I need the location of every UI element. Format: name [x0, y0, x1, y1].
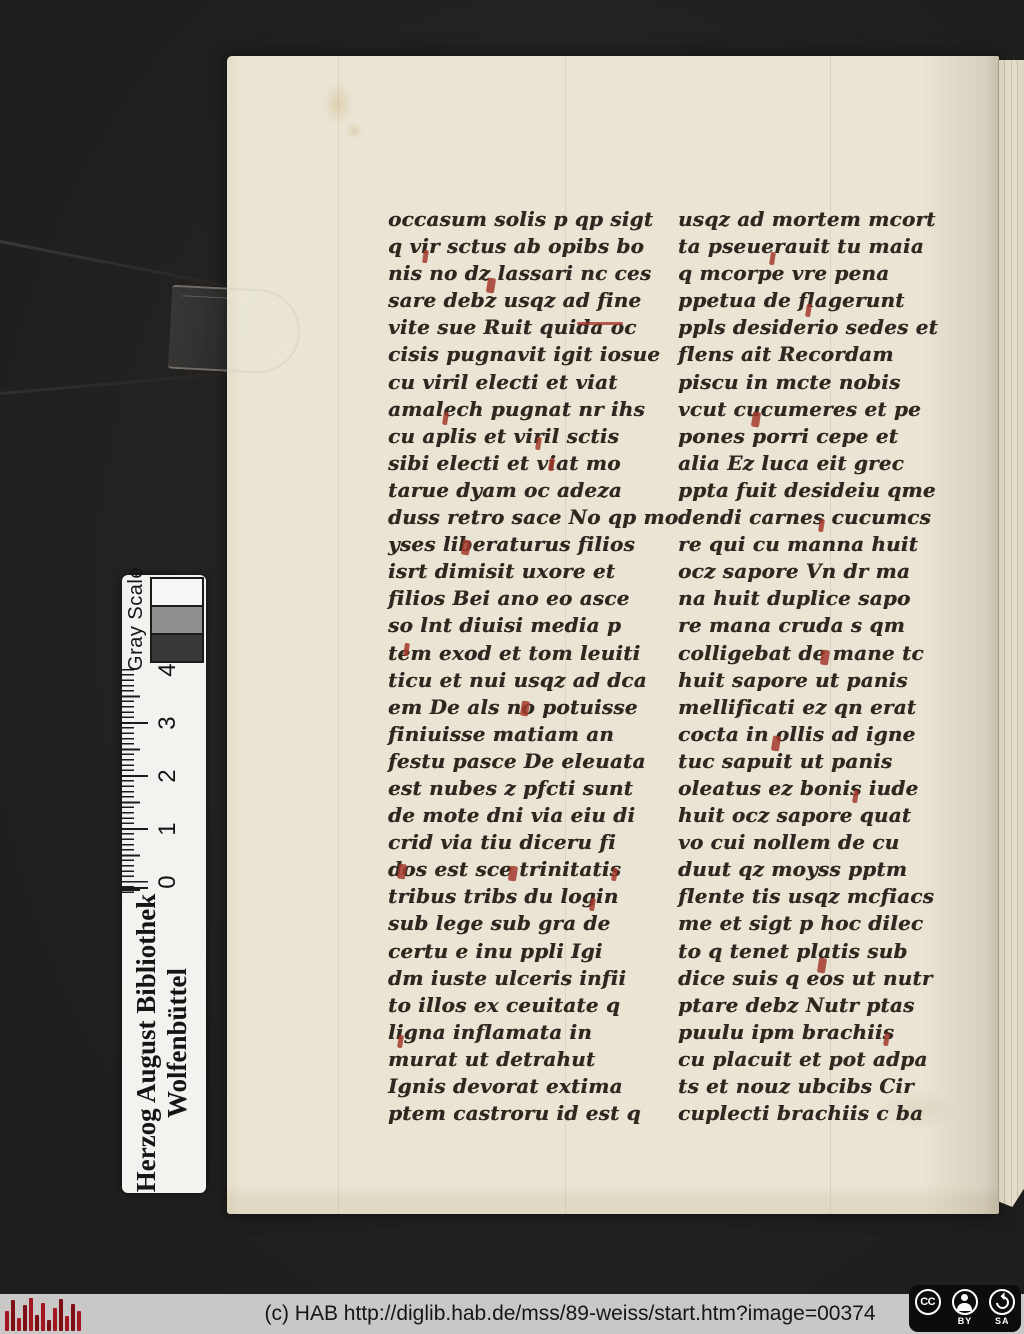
- cc-by-person-icon: [952, 1289, 978, 1315]
- ruler-number-0: 0: [154, 870, 182, 894]
- manuscript-text-line: cu aplis et viril sctis: [388, 423, 664, 450]
- manuscript-text-line: yses liberaturus filios: [388, 531, 664, 558]
- gray-scale-patch-gray: [152, 607, 202, 633]
- manuscript-text-line: certu e inu ppli Igi: [388, 938, 664, 965]
- color-scale-ruler: Herzog August Bibliothek Wolfenbüttel 0 …: [122, 575, 206, 1193]
- manuscript-text-line: ppta fuit desideiu qme: [678, 477, 954, 504]
- manuscript-text-line: re mana cruda s qm: [678, 612, 954, 639]
- manuscript-text-line: isrt dimisit uxore et: [388, 558, 664, 585]
- ruler-ticks-long: [122, 675, 148, 893]
- cc-by-label: BY: [958, 1316, 973, 1326]
- cc-logo-text: CC: [920, 1296, 935, 1308]
- manuscript-text-line: murat ut detrahut: [388, 1046, 664, 1073]
- manuscript-text-line: q vir sctus ab opibs bo: [388, 233, 664, 260]
- parchment-stain: [323, 82, 353, 126]
- manuscript-text-line: vcut cucumeres et pe: [678, 396, 954, 423]
- book-fore-edge: [998, 60, 1024, 1207]
- gray-scale-title: Gray Scale: [125, 567, 148, 671]
- ruler-number-3: 3: [154, 711, 182, 735]
- manuscript-text-line: cu placuit et pot adpa: [678, 1046, 954, 1073]
- manuscript-text-line: cocta in ollis ad igne: [678, 721, 954, 748]
- cc-by: BY: [949, 1289, 981, 1326]
- clip-reflection-streak: [0, 240, 222, 286]
- cc-logo-icon: CC: [915, 1289, 941, 1315]
- cc-sa-arrow-icon: [989, 1289, 1015, 1315]
- manuscript-text-line: me et sigt p hoc dilec: [678, 910, 954, 937]
- manuscript-text-line: oleatus ez bonis iude: [678, 775, 954, 802]
- manuscript-text-line: re qui cu manna huit: [678, 531, 954, 558]
- manuscript-text-line: ocz sapore Vn dr ma: [678, 558, 954, 585]
- manuscript-text-line: so lnt diuisi media p: [388, 612, 664, 639]
- manuscript-text-line: ptare debz Nutr ptas: [678, 992, 954, 1019]
- manuscript-text-line: vite sue Ruit quida oc: [388, 314, 664, 341]
- manuscript-text-line: tribus tribs du login: [388, 883, 664, 910]
- manuscript-text-line: dice suis q eos ut nutr: [678, 965, 954, 992]
- manuscript-page: occasum solis p qp sigtq vir sctus ab op…: [227, 56, 999, 1214]
- manuscript-text-line: ptem castroru id est q: [388, 1100, 664, 1127]
- photo-stage: occasum solis p qp sigtq vir sctus ab op…: [0, 0, 1024, 1334]
- manuscript-text-line: cu viril electi et viat: [388, 369, 664, 396]
- manuscript-text-line: puulu ipm brachiis: [678, 1019, 954, 1046]
- manuscript-text-line: festu pasce De eleuata: [388, 748, 664, 775]
- gray-scale-patch-white: [152, 579, 202, 605]
- gray-scale-patch-black: [152, 635, 202, 661]
- manuscript-text-line: colligebat de mane tc: [678, 640, 954, 667]
- manuscript-text-line: ticu et nui usqz ad dca: [388, 667, 664, 694]
- parchment-crease: [338, 56, 339, 1214]
- manuscript-text-line: huit ocz sapore quat: [678, 802, 954, 829]
- manuscript-text-line: ta pseuerauit tu maia: [678, 233, 954, 260]
- manuscript-text-line: flens ait Recordam: [678, 341, 954, 368]
- cc-license-badge[interactable]: CC BY SA: [909, 1285, 1021, 1332]
- copyright-text: (c) HAB http://diglib.hab.de/mss/89-weis…: [0, 1294, 1024, 1334]
- manuscript-text-line: dos est sce trinitatis: [388, 856, 664, 883]
- ruler-number-2: 2: [154, 764, 182, 788]
- text-column-right: usqz ad mortem mcortta pseuerauit tu mai…: [678, 206, 954, 1127]
- manuscript-text-line: sare debz usqz ad fine: [388, 287, 664, 314]
- manuscript-text-line: to q tenet platis sub: [678, 938, 954, 965]
- manuscript-text-line: finiuisse matiam an: [388, 721, 664, 748]
- clip-reflection-streak: [0, 372, 229, 395]
- manuscript-text-line: vo cui nollem de cu: [678, 829, 954, 856]
- manuscript-text-line: huit sapore ut panis: [678, 667, 954, 694]
- manuscript-text-line: flente tis usqz mcfiacs: [678, 883, 954, 910]
- parchment-stain: [345, 122, 363, 140]
- manuscript-text-line: sibi electi et viat mo: [388, 450, 664, 477]
- manuscript-text-line: nis no dz lassari nc ces: [388, 260, 664, 287]
- manuscript-text-line: cisis pugnavit igit iosue: [388, 341, 664, 368]
- manuscript-text-line: tarue dyam oc adeza: [388, 477, 664, 504]
- manuscript-text-line: piscu in mcte nobis: [678, 369, 954, 396]
- gray-scale-block: Gray Scale: [122, 575, 206, 663]
- manuscript-text-line: ppls desiderio sedes et: [678, 314, 954, 341]
- manuscript-text-line: dm iuste ulceris infii: [388, 965, 664, 992]
- manuscript-text-line: est nubes z pfcti sunt: [388, 775, 664, 802]
- manuscript-text-line: de mote dni via eiu di: [388, 802, 664, 829]
- institution-line2: Wolfenbüttel: [162, 893, 193, 1193]
- manuscript-text-line: to illos ex ceuitate q: [388, 992, 664, 1019]
- manuscript-text-line: duut qz moyss pptm: [678, 856, 954, 883]
- ruler-number-1: 1: [154, 817, 182, 841]
- gray-scale-patches: [150, 577, 204, 663]
- manuscript-text-line: crid via tiu diceru fi: [388, 829, 664, 856]
- manuscript-text-line: Ignis devorat extima: [388, 1073, 664, 1100]
- manuscript-text-line: na huit duplice sapo: [678, 585, 954, 612]
- institution-label: Herzog August Bibliothek Wolfenbüttel: [122, 893, 206, 1193]
- manuscript-text-line: q mcorpe vre pena: [678, 260, 954, 287]
- manuscript-text-line: ppetua de flagerunt: [678, 287, 954, 314]
- manuscript-text-line: duss retro sace No qp mo: [388, 504, 664, 531]
- manuscript-text-line: alia Ez luca eit grec: [678, 450, 954, 477]
- manuscript-text-line: occasum solis p qp sigt: [388, 206, 664, 233]
- rubrication-mark: [577, 322, 623, 325]
- institution-line1: Herzog August Bibliothek: [131, 893, 162, 1193]
- manuscript-text-line: tuc sapuit ut panis: [678, 748, 954, 775]
- manuscript-text-line: ligna inflamata in: [388, 1019, 664, 1046]
- cc-sa-label: SA: [995, 1316, 1010, 1326]
- manuscript-text-line: dendi carnes cucumcs: [678, 504, 954, 531]
- manuscript-text-line: tem exod et tom leuiti: [388, 640, 664, 667]
- page-holder-clip: [168, 285, 302, 376]
- manuscript-text-line: mellificati ez qn erat: [678, 694, 954, 721]
- text-column-left: occasum solis p qp sigtq vir sctus ab op…: [388, 206, 664, 1127]
- manuscript-text-line: cuplecti brachiis c ba: [678, 1100, 954, 1127]
- manuscript-text-line: pones porri cepe et: [678, 423, 954, 450]
- manuscript-text-line: sub lege sub gra de: [388, 910, 664, 937]
- manuscript-text-line: usqz ad mortem mcort: [678, 206, 954, 233]
- cc-logo: CC: [912, 1289, 944, 1315]
- ruler-scale: 0 1 2 3 4: [122, 663, 206, 893]
- footer-bar: (c) HAB http://diglib.hab.de/mss/89-weis…: [0, 1294, 1024, 1334]
- cc-sa: SA: [986, 1289, 1018, 1326]
- manuscript-text-line: filios Bei ano eo asce: [388, 585, 664, 612]
- manuscript-text-line: ts et nouz ubcibs Cir: [678, 1073, 954, 1100]
- manuscript-text-line: amalech pugnat nr ihs: [388, 396, 664, 423]
